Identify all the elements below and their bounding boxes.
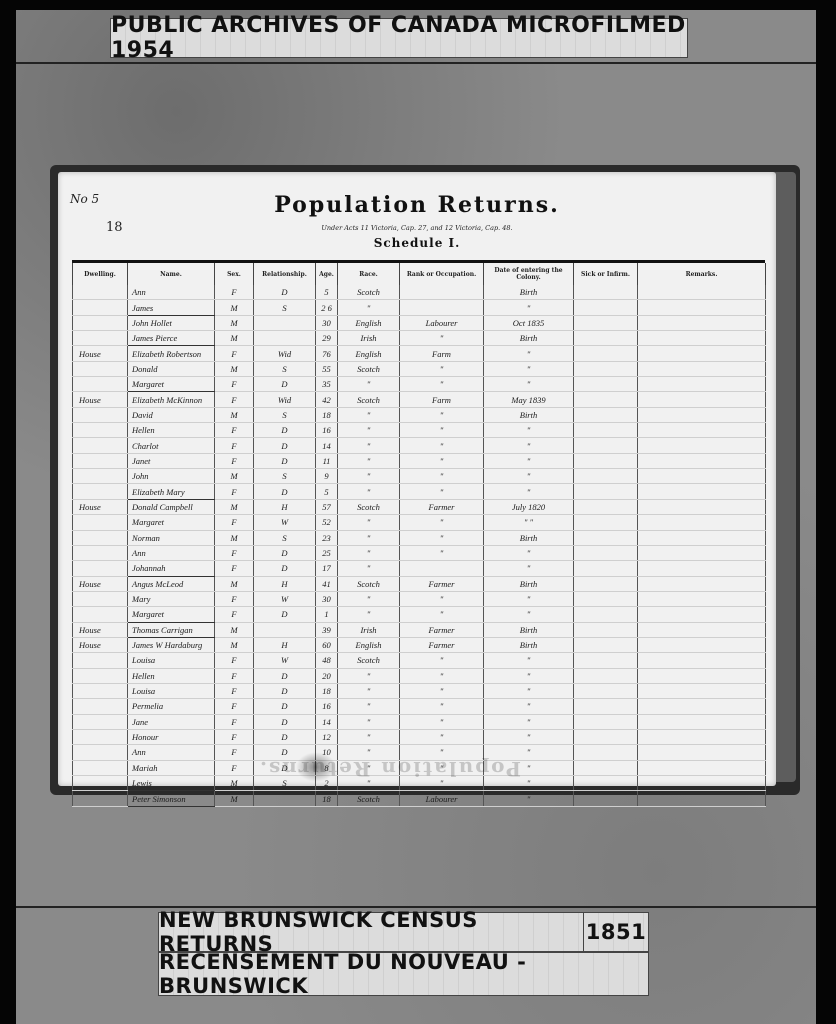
relationship-cell: S (254, 407, 316, 422)
remarks-cell (638, 361, 766, 376)
age-cell: 57 (316, 499, 338, 514)
occupation-cell: " (400, 438, 484, 453)
sex-cell: F (215, 423, 254, 438)
age-cell: 20 (316, 668, 338, 683)
table-row: JamesMS2 6"" (73, 300, 766, 315)
sex-cell: F (215, 377, 254, 392)
date-entering-cell: " (484, 561, 574, 576)
table-row: HouseElizabeth RobertsonFWid76EnglishFar… (73, 346, 766, 361)
race-cell: Scotch (338, 285, 400, 300)
date-entering-cell: Birth (484, 331, 574, 346)
col-sex: Sex. (215, 263, 254, 285)
name-cell: Johannah (128, 561, 215, 576)
dwelling-cell (73, 607, 128, 622)
remarks-cell (638, 331, 766, 346)
col-sick: Sick or Infirm. (574, 263, 638, 285)
date-entering-cell: " (484, 377, 574, 392)
occupation-cell: " (400, 377, 484, 392)
col-age: Age. (316, 263, 338, 285)
occupation-cell: Farm (400, 346, 484, 361)
table-row: Peter SimonsonM18ScotchLabourer" (73, 791, 766, 806)
sex-cell: M (215, 499, 254, 514)
name-cell: Margaret (128, 515, 215, 530)
dwelling-cell (73, 453, 128, 468)
age-cell: 9 (316, 469, 338, 484)
remarks-cell (638, 346, 766, 361)
col-occupation: Rank or Occupation. (400, 263, 484, 285)
occupation-cell: " (400, 484, 484, 499)
name-cell: Louisa (128, 683, 215, 698)
sick-cell (574, 668, 638, 683)
date-entering-cell: " (484, 346, 574, 361)
date-entering-cell: " (484, 791, 574, 806)
date-entering-cell: Oct 1835 (484, 315, 574, 330)
age-cell: 42 (316, 392, 338, 407)
sick-cell (574, 545, 638, 560)
remarks-cell (638, 407, 766, 422)
date-entering-cell: Birth (484, 530, 574, 545)
sex-cell: F (215, 561, 254, 576)
name-cell: David (128, 407, 215, 422)
race-cell: " (338, 300, 400, 315)
date-entering-cell: " (484, 729, 574, 744)
age-cell: 1 (316, 607, 338, 622)
remarks-cell (638, 791, 766, 806)
table-row: JaneFD14""" (73, 714, 766, 729)
relationship-cell: Wid (254, 346, 316, 361)
sex-cell: F (215, 699, 254, 714)
name-cell: Permelia (128, 699, 215, 714)
age-cell: 14 (316, 438, 338, 453)
race-cell: " (338, 530, 400, 545)
relationship-cell: S (254, 300, 316, 315)
sick-cell (574, 622, 638, 637)
date-entering-cell: Birth (484, 622, 574, 637)
age-cell: 18 (316, 407, 338, 422)
col-name: Name. (128, 263, 215, 285)
census-sheet: No 5 18 Population Returns. Under Acts 1… (58, 172, 776, 786)
occupation-cell: " (400, 423, 484, 438)
dwelling-cell (73, 745, 128, 760)
race-cell: Scotch (338, 653, 400, 668)
table-row: DonaldMS55Scotch"" (73, 361, 766, 376)
dwelling-cell (73, 484, 128, 499)
sex-cell: F (215, 346, 254, 361)
sick-cell (574, 607, 638, 622)
sex-cell: M (215, 331, 254, 346)
table-row: LouisaFD18""" (73, 683, 766, 698)
sick-cell (574, 392, 638, 407)
dwelling-cell (73, 561, 128, 576)
date-entering-cell: " (484, 545, 574, 560)
name-cell: Donald Campbell (128, 499, 215, 514)
sheet-subtitle: Under Acts 11 Victoria, Cap. 27, and 12 … (58, 224, 776, 232)
sick-cell (574, 714, 638, 729)
dwelling-cell: House (73, 637, 128, 652)
collection-year: 1851 (583, 912, 649, 952)
sick-cell (574, 453, 638, 468)
race-cell: Irish (338, 622, 400, 637)
name-cell: Janet (128, 453, 215, 468)
sick-cell (574, 407, 638, 422)
relationship-cell: D (254, 453, 316, 468)
name-cell: Mary (128, 591, 215, 606)
relationship-cell: H (254, 499, 316, 514)
table-row: DavidMS18""Birth (73, 407, 766, 422)
sex-cell: M (215, 469, 254, 484)
race-cell: Irish (338, 331, 400, 346)
occupation-cell: " (400, 331, 484, 346)
remarks-cell (638, 561, 766, 576)
occupation-cell: Farmer (400, 637, 484, 652)
date-entering-cell: May 1839 (484, 392, 574, 407)
col-date-entering: Date of entering the Colony. (484, 263, 574, 285)
race-cell: " (338, 515, 400, 530)
remarks-cell (638, 729, 766, 744)
relationship-cell (254, 791, 316, 806)
remarks-cell (638, 653, 766, 668)
sick-cell (574, 331, 638, 346)
remarks-cell (638, 499, 766, 514)
sex-cell: M (215, 776, 254, 791)
occupation-cell: " (400, 668, 484, 683)
race-cell: " (338, 423, 400, 438)
remarks-cell (638, 745, 766, 760)
dwelling-cell (73, 438, 128, 453)
sex-cell: F (215, 607, 254, 622)
relationship-cell (254, 331, 316, 346)
age-cell: 5 (316, 285, 338, 300)
age-cell: 5 (316, 484, 338, 499)
sex-cell: M (215, 576, 254, 591)
remarks-cell (638, 714, 766, 729)
race-cell: Scotch (338, 576, 400, 591)
race-cell: English (338, 346, 400, 361)
sick-cell (574, 361, 638, 376)
race-cell: English (338, 315, 400, 330)
remarks-cell (638, 622, 766, 637)
relationship-cell: D (254, 377, 316, 392)
col-remarks: Remarks. (638, 263, 766, 285)
age-cell: 17 (316, 561, 338, 576)
occupation-cell (400, 300, 484, 315)
age-cell: 23 (316, 530, 338, 545)
name-cell: Peter Simonson (128, 791, 215, 806)
table-row: HellenFD20""" (73, 668, 766, 683)
table-row: HouseThomas CarriganM39IrishFarmerBirth (73, 622, 766, 637)
race-cell: " (338, 484, 400, 499)
collection-title: NEW BRUNSWICK CENSUS RETURNS (158, 912, 585, 952)
occupation-cell: " (400, 453, 484, 468)
dwelling-cell: House (73, 499, 128, 514)
table-row: HouseAngus McLeodMH41ScotchFarmerBirth (73, 576, 766, 591)
sex-cell: F (215, 683, 254, 698)
date-entering-cell: Birth (484, 576, 574, 591)
occupation-cell (400, 561, 484, 576)
remarks-cell (638, 699, 766, 714)
sex-cell: M (215, 407, 254, 422)
sick-cell (574, 530, 638, 545)
table-row: MaryFW30""" (73, 591, 766, 606)
age-cell: 35 (316, 377, 338, 392)
name-cell: Elizabeth Mary (128, 484, 215, 499)
sick-cell (574, 484, 638, 499)
date-entering-cell: " (484, 300, 574, 315)
name-cell: Angus McLeod (128, 576, 215, 591)
date-entering-cell: " (484, 653, 574, 668)
sick-cell (574, 561, 638, 576)
race-cell: " (338, 561, 400, 576)
date-entering-cell: Birth (484, 407, 574, 422)
relationship-cell: D (254, 607, 316, 622)
table-row: Elizabeth MaryFD5""" (73, 484, 766, 499)
name-cell: Elizabeth Robertson (128, 346, 215, 361)
sex-cell: M (215, 361, 254, 376)
name-cell: Thomas Carrigan (128, 622, 215, 637)
relationship-cell: D (254, 484, 316, 499)
col-race: Race. (338, 263, 400, 285)
sex-cell: F (215, 729, 254, 744)
race-cell: Scotch (338, 392, 400, 407)
age-cell: 12 (316, 729, 338, 744)
occupation-cell: " (400, 407, 484, 422)
collection-title-french: RECENSEMENT DU NOUVEAU - BRUNSWICK (158, 952, 649, 996)
race-cell: Scotch (338, 499, 400, 514)
dwelling-cell (73, 377, 128, 392)
name-cell: Donald (128, 361, 215, 376)
age-cell: 39 (316, 622, 338, 637)
remarks-cell (638, 776, 766, 791)
date-entering-cell: " (484, 668, 574, 683)
age-cell: 25 (316, 545, 338, 560)
sick-cell (574, 499, 638, 514)
dwelling-cell (73, 285, 128, 300)
dwelling-cell (73, 729, 128, 744)
dwelling-cell (73, 545, 128, 560)
table-row: JanetFD11""" (73, 453, 766, 468)
table-row: MargaretFD1""" (73, 607, 766, 622)
table-row: LouisaFW48Scotch"" (73, 653, 766, 668)
age-cell: 16 (316, 423, 338, 438)
remarks-cell (638, 438, 766, 453)
sheet-title: Population Returns. (58, 192, 776, 218)
race-cell: " (338, 699, 400, 714)
sick-cell (574, 760, 638, 775)
relationship-cell: S (254, 469, 316, 484)
date-entering-cell: " (484, 591, 574, 606)
sex-cell: F (215, 668, 254, 683)
relationship-cell (254, 622, 316, 637)
age-cell: 2 6 (316, 300, 338, 315)
sick-cell (574, 515, 638, 530)
age-cell: 18 (316, 791, 338, 806)
sex-cell: F (215, 438, 254, 453)
sick-cell (574, 653, 638, 668)
table-row: AnnFD5ScotchBirth (73, 285, 766, 300)
table-row: AnnFD25""" (73, 545, 766, 560)
table-row: James PierceM29Irish"Birth (73, 331, 766, 346)
occupation-cell: " (400, 683, 484, 698)
table-row: CharlotFD14""" (73, 438, 766, 453)
date-entering-cell: " (484, 361, 574, 376)
race-cell: " (338, 438, 400, 453)
name-cell: Hellen (128, 668, 215, 683)
remarks-cell (638, 515, 766, 530)
sick-cell (574, 438, 638, 453)
date-entering-cell: " (484, 683, 574, 698)
relationship-cell: S (254, 361, 316, 376)
table-row: JohnMS9""" (73, 469, 766, 484)
race-cell: " (338, 729, 400, 744)
dwelling-cell: House (73, 392, 128, 407)
dwelling-cell (73, 668, 128, 683)
relationship-cell (254, 315, 316, 330)
table-row: John HolletM30EnglishLabourerOct 1835 (73, 315, 766, 330)
race-cell: " (338, 714, 400, 729)
race-cell: " (338, 668, 400, 683)
sick-cell (574, 745, 638, 760)
relationship-cell: D (254, 561, 316, 576)
table-row: MargaretFD35""" (73, 377, 766, 392)
table-header-row: Dwelling. Name. Sex. Relationship. Age. … (73, 263, 766, 285)
date-entering-cell: " (484, 423, 574, 438)
name-cell: Lewis (128, 776, 215, 791)
sick-cell (574, 591, 638, 606)
ink-stain (296, 752, 336, 782)
race-cell: " (338, 591, 400, 606)
occupation-cell: " (400, 591, 484, 606)
remarks-cell (638, 576, 766, 591)
remarks-cell (638, 315, 766, 330)
census-table: Dwelling. Name. Sex. Relationship. Age. … (72, 263, 766, 807)
sick-cell (574, 699, 638, 714)
remarks-cell (638, 530, 766, 545)
sex-cell: M (215, 637, 254, 652)
remarks-cell (638, 484, 766, 499)
remarks-cell (638, 392, 766, 407)
name-cell: John Hollet (128, 315, 215, 330)
date-entering-cell: Birth (484, 285, 574, 300)
name-cell: James Pierce (128, 331, 215, 346)
name-cell: John (128, 469, 215, 484)
age-cell: 14 (316, 714, 338, 729)
occupation-cell: Farmer (400, 622, 484, 637)
col-relationship: Relationship. (254, 263, 316, 285)
name-cell: Mariah (128, 760, 215, 775)
dwelling-cell (73, 530, 128, 545)
sick-cell (574, 285, 638, 300)
name-cell: Margaret (128, 607, 215, 622)
sick-cell (574, 300, 638, 315)
name-cell: Elizabeth McKinnon (128, 392, 215, 407)
dwelling-cell (73, 699, 128, 714)
sick-cell (574, 576, 638, 591)
dwelling-cell (73, 300, 128, 315)
name-cell: Ann (128, 545, 215, 560)
relationship-cell: H (254, 576, 316, 591)
relationship-cell: D (254, 423, 316, 438)
remarks-cell (638, 607, 766, 622)
dwelling-cell (73, 714, 128, 729)
relationship-cell: D (254, 699, 316, 714)
sex-cell: F (215, 484, 254, 499)
date-entering-cell: " (484, 714, 574, 729)
sex-cell: M (215, 300, 254, 315)
name-cell: James (128, 300, 215, 315)
sex-cell: F (215, 285, 254, 300)
dwelling-cell (73, 331, 128, 346)
table-row: HellenFD16""" (73, 423, 766, 438)
age-cell: 11 (316, 453, 338, 468)
name-cell: Ann (128, 285, 215, 300)
sex-cell: F (215, 745, 254, 760)
occupation-cell: Farmer (400, 576, 484, 591)
remarks-cell (638, 683, 766, 698)
sick-cell (574, 776, 638, 791)
remarks-cell (638, 285, 766, 300)
table-row: HouseDonald CampbellMH57ScotchFarmerJuly… (73, 499, 766, 514)
age-cell: 41 (316, 576, 338, 591)
occupation-cell: " (400, 530, 484, 545)
sex-cell: F (215, 392, 254, 407)
relationship-cell: D (254, 545, 316, 560)
schedule-label: Schedule I. (58, 236, 776, 250)
date-entering-cell: " (484, 607, 574, 622)
relationship-cell: W (254, 591, 316, 606)
sick-cell (574, 346, 638, 361)
dwelling-cell (73, 407, 128, 422)
age-cell: 76 (316, 346, 338, 361)
table-row: MargaretFW52""" " (73, 515, 766, 530)
race-cell: " (338, 683, 400, 698)
age-cell: 29 (316, 331, 338, 346)
dwelling-cell (73, 776, 128, 791)
relationship-cell: H (254, 637, 316, 652)
sick-cell (574, 729, 638, 744)
dwelling-cell (73, 469, 128, 484)
relationship-cell: D (254, 438, 316, 453)
remarks-cell (638, 453, 766, 468)
remarks-cell (638, 423, 766, 438)
sick-cell (574, 683, 638, 698)
race-cell: " (338, 545, 400, 560)
sex-cell: F (215, 545, 254, 560)
sex-cell: M (215, 622, 254, 637)
census-rows: AnnFD5ScotchBirthJamesMS2 6""John Hollet… (73, 285, 766, 806)
occupation-cell: " (400, 729, 484, 744)
sex-cell: F (215, 591, 254, 606)
sex-cell: M (215, 315, 254, 330)
table-row: PermeliaFD16""" (73, 699, 766, 714)
relationship-cell: D (254, 285, 316, 300)
occupation-cell: " (400, 361, 484, 376)
sick-cell (574, 469, 638, 484)
age-cell: 48 (316, 653, 338, 668)
race-cell: " (338, 453, 400, 468)
age-cell: 16 (316, 699, 338, 714)
col-dwelling: Dwelling. (73, 263, 128, 285)
table-row: NormanMS23""Birth (73, 530, 766, 545)
name-cell: Honour (128, 729, 215, 744)
occupation-cell: " (400, 469, 484, 484)
relationship-cell: Wid (254, 392, 316, 407)
relationship-cell: S (254, 530, 316, 545)
date-entering-cell: " (484, 484, 574, 499)
sick-cell (574, 423, 638, 438)
occupation-cell: Farmer (400, 499, 484, 514)
sex-cell: F (215, 515, 254, 530)
sex-cell: F (215, 714, 254, 729)
